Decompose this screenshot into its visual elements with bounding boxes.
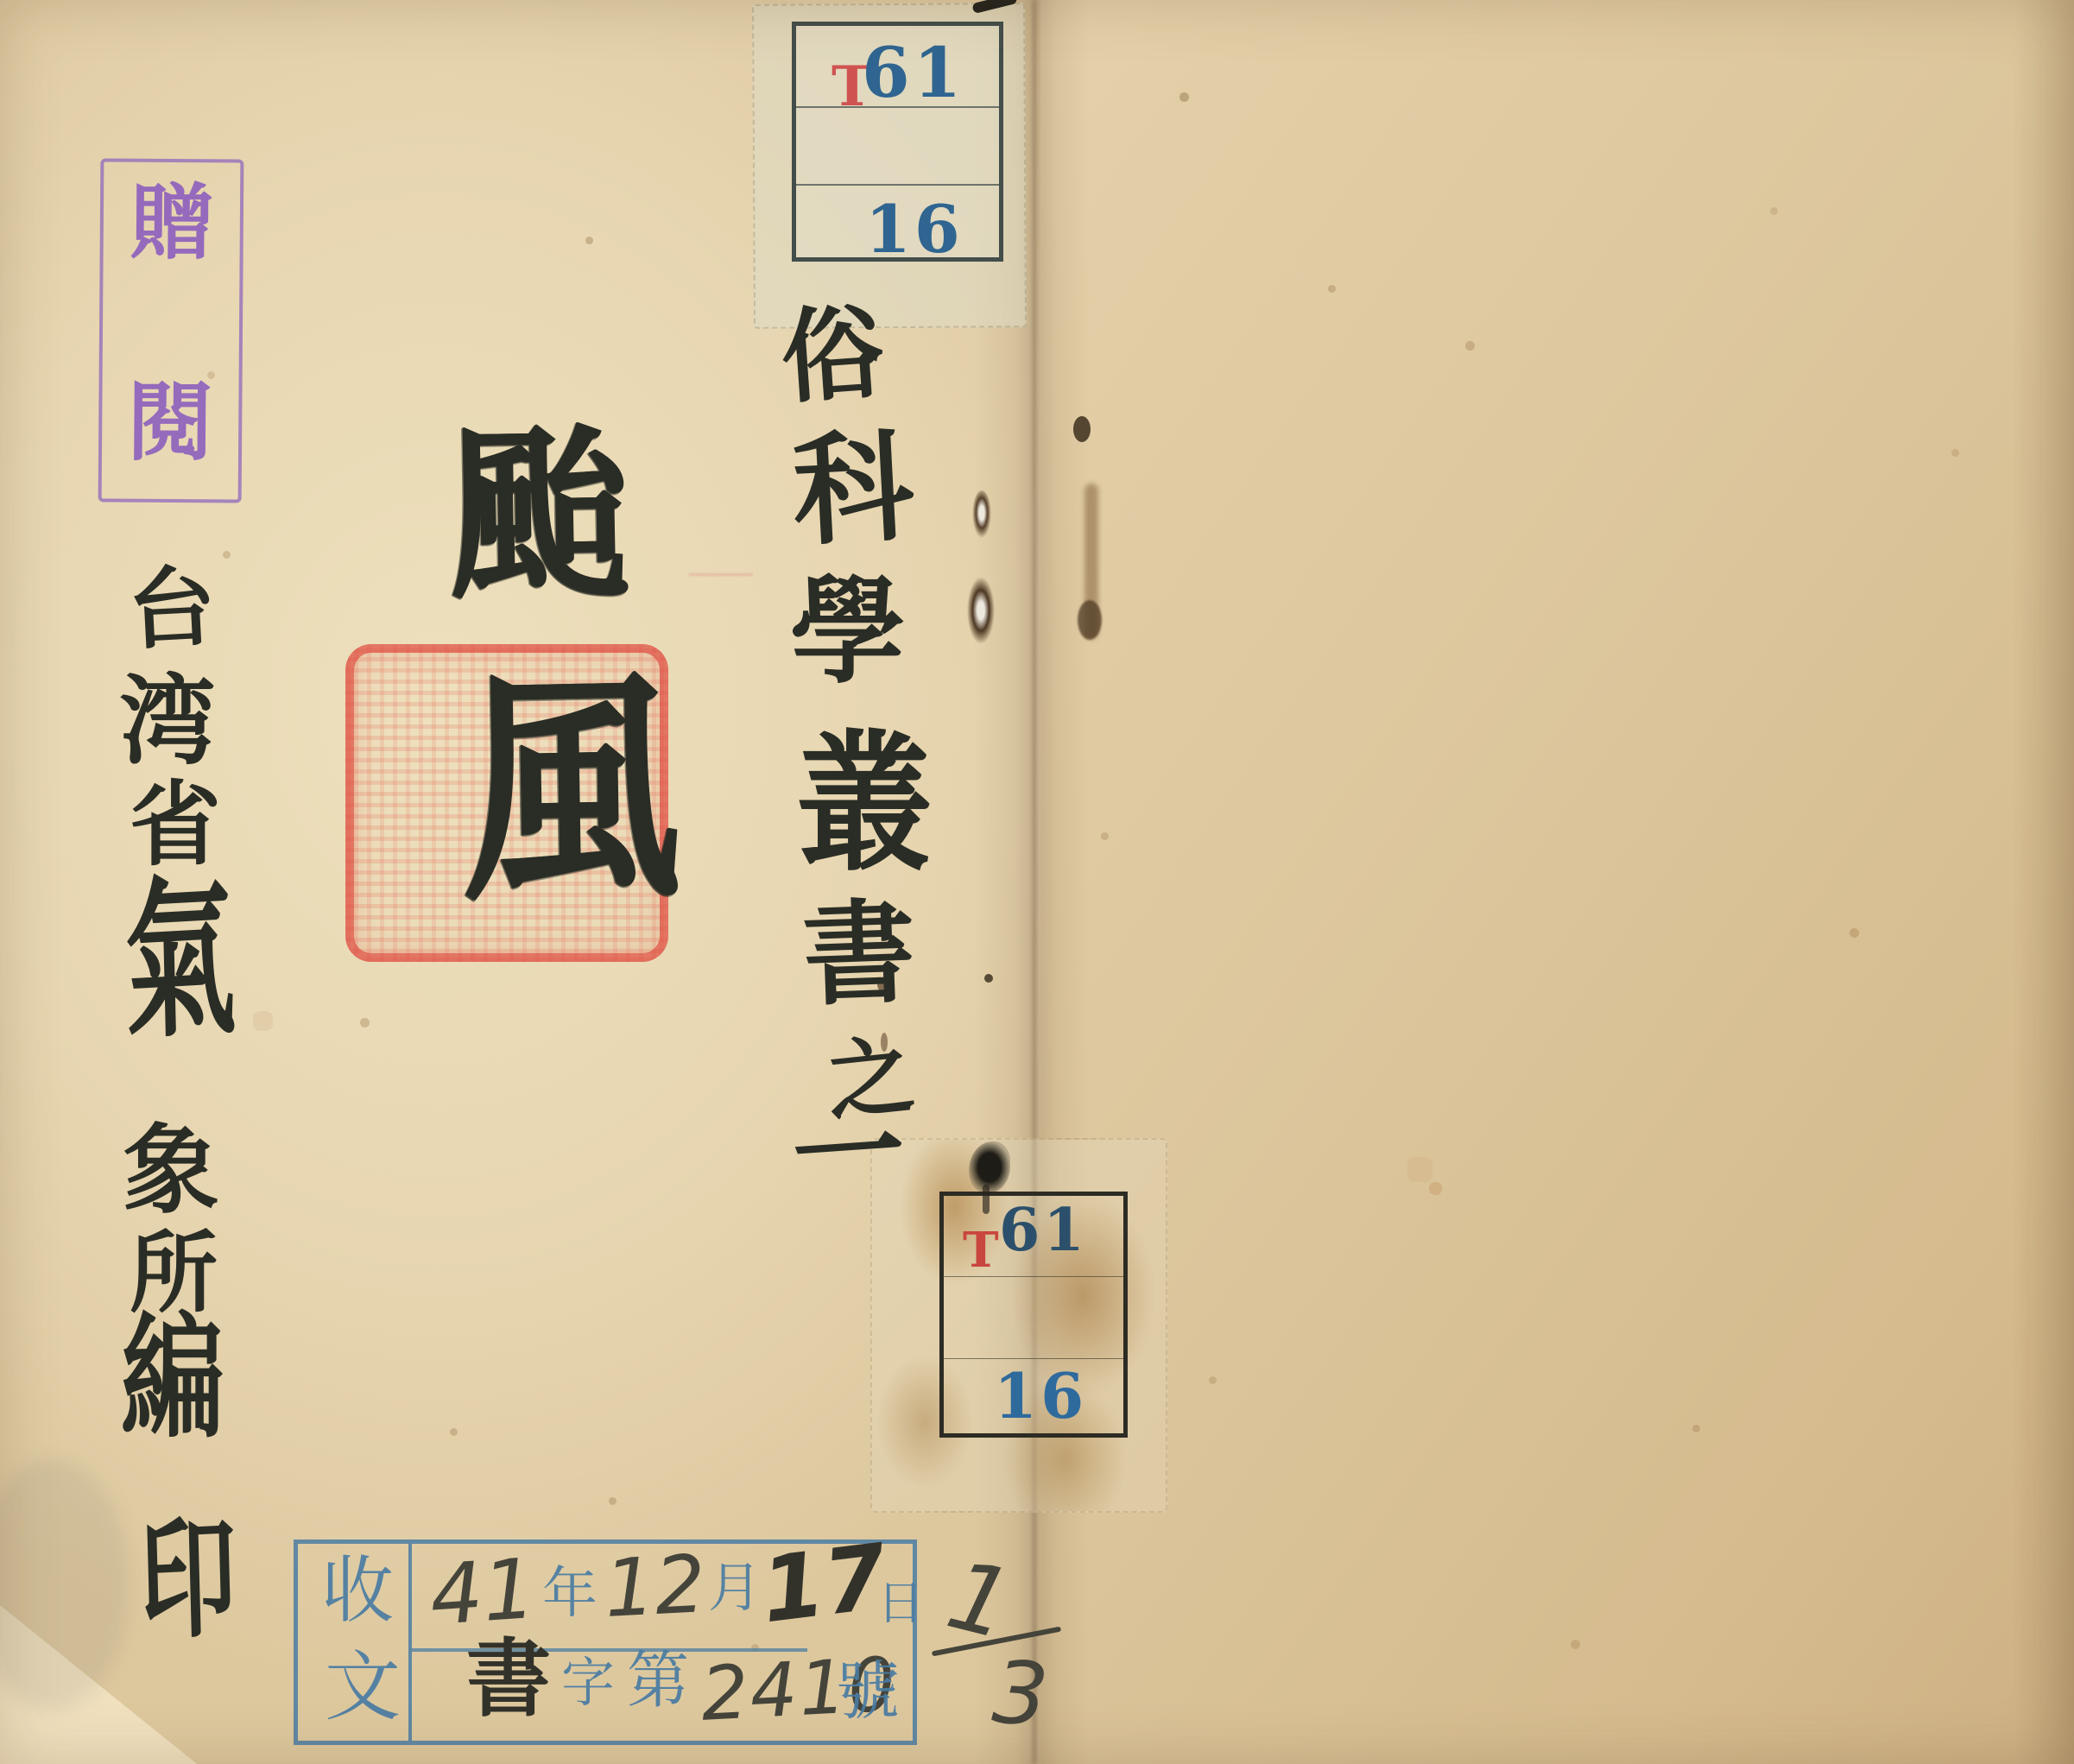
call-number-label-top: T 61 16 <box>792 22 1003 262</box>
series-note-char: 科 <box>789 427 916 553</box>
receipt-cell-char: 收 <box>321 1554 394 1627</box>
receipt-unit-char: 字 <box>561 1656 615 1710</box>
receipt-month-value: 12 <box>603 1545 708 1629</box>
rust-mark <box>1078 600 1102 640</box>
title-char: 風 <box>459 667 680 915</box>
book-cover-scan: T 61 16 贈 閱 颱 風 俗 科 學 叢 書 之 一 台 湾 省 氣 象 … <box>0 0 2074 1764</box>
receipt-divider-vertical <box>408 1544 412 1741</box>
series-note-char: 學 <box>790 574 906 690</box>
label-divider <box>796 184 999 186</box>
faint-red-line <box>689 573 753 576</box>
staple-hole <box>972 490 991 541</box>
publisher-char: 編 <box>121 1312 224 1447</box>
back-page <box>1040 0 2074 1764</box>
stitch-hole <box>984 974 993 983</box>
publisher-char: 象 <box>123 1122 219 1219</box>
publisher-char: 印 <box>138 1513 238 1647</box>
receipt-day-value: 17 <box>756 1532 891 1636</box>
call-number-item: 16 <box>865 197 964 262</box>
ink-drip <box>983 1185 990 1214</box>
receipt-unit-char: 第 <box>627 1649 689 1711</box>
receipt-category-char: 書 <box>466 1637 551 1722</box>
gift-stamp-char: 贈 <box>104 180 241 264</box>
series-note-char: 叢 <box>796 730 933 880</box>
series-note-char: 俗 <box>778 300 887 409</box>
call-number-class: 61 <box>862 38 964 107</box>
receipt-cell-char: 文 <box>325 1649 401 1725</box>
title-char: 颱 <box>446 423 632 610</box>
series-note-char: 一 <box>789 1095 909 1215</box>
page-edge-shading <box>2014 0 2074 1764</box>
call-number-item: 16 <box>994 1365 1087 1427</box>
receipt-year-unit: 年 <box>542 1566 598 1622</box>
series-note-char: 書 <box>801 896 917 1012</box>
receipt-day-unit: 日 <box>877 1580 924 1627</box>
receipt-year-value: 41 <box>427 1547 539 1637</box>
call-number-prefix: T <box>963 1222 999 1279</box>
staple-hole <box>967 577 995 644</box>
call-number-label-mid: T 61 16 <box>939 1192 1128 1438</box>
publisher-char: 台 <box>125 563 218 655</box>
rust-mark <box>1073 416 1091 442</box>
publisher-char: 氣 <box>123 874 237 1051</box>
call-number-class: 61 <box>999 1201 1088 1260</box>
gift-stamp-char: 閱 <box>102 379 239 466</box>
gift-stamp: 贈 閱 <box>98 158 244 503</box>
receipt-month-unit: 月 <box>708 1561 762 1615</box>
publisher-char: 湾 <box>119 673 216 770</box>
fraction-denominator: 3 <box>990 1649 1051 1739</box>
publisher-char: 省 <box>130 780 221 871</box>
receipt-suffix-char: 號 <box>836 1660 900 1723</box>
